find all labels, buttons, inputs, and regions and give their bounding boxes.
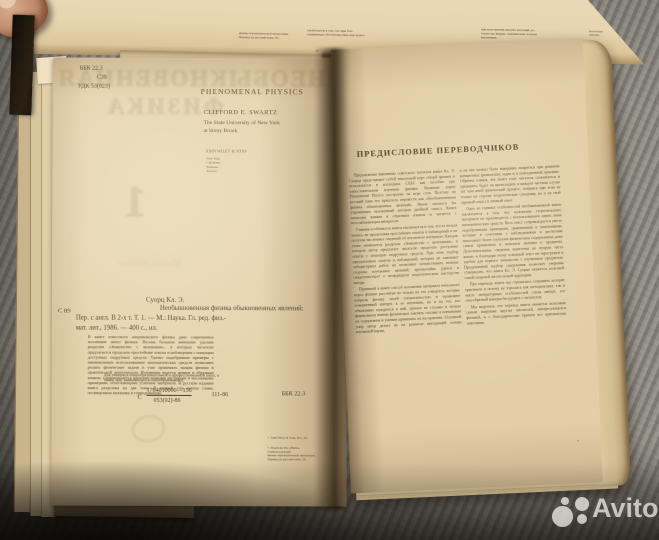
right-book: ПРЕДИСЛОВИЕ ПЕРЕВОДЧИКОВ Предлагаемая вн… <box>331 37 639 504</box>
left-page: НЕОБЫКНОВЕННАЯ ФИЗИКА 1 Москва «Наука» Б… <box>51 57 348 506</box>
preface-column-2: и на нее можно было наверняка опираться … <box>459 164 566 328</box>
gutter-shadow <box>314 48 350 510</box>
catalog-suffix: 111-86 <box>212 392 229 398</box>
ghost-imprint: Москва «Наука» <box>118 258 181 268</box>
bbk-right-code: ББК 22.3 <box>282 390 306 397</box>
affiliation-line: The State University of New York <box>204 120 280 126</box>
catalog-letter-code: С 89 <box>58 308 71 315</box>
preface-paragraph: Принятый в книге способ изложения матери… <box>354 283 462 335</box>
catalog-denominator: 053(02)-86 <box>154 398 181 404</box>
ghost-title-showthrough: ФИЗИКА <box>105 94 224 120</box>
author-sign-code: С39 <box>97 75 107 81</box>
photo-scene: физико-математической литературы. Перево… <box>0 0 659 540</box>
biblio-line: Необыкновенная физика обыкновенных явлен… <box>160 305 304 313</box>
catalog-numerator: 1704010000—156 <box>147 388 192 396</box>
avito-watermark: Avito <box>548 495 658 535</box>
avito-logo-dot <box>552 506 573 527</box>
right-page: ПРЕДИСЛОВИЕ ПЕРЕВОДЧИКОВ Предлагаемая вн… <box>331 39 603 494</box>
preface-paragraph: Одна из главных особенностей необыкновен… <box>461 202 564 281</box>
preface-paragraph: Главная особенность книги заключается в … <box>351 223 460 286</box>
preface-paragraph: и на нее можно было наверняка опираться … <box>459 164 561 206</box>
avito-logo-dot <box>577 514 587 524</box>
catalog-prefix: С <box>138 394 142 401</box>
author-english: CLIFFORD E. SWARTZ <box>204 109 278 116</box>
thumb-nail <box>0 0 18 11</box>
author-russian: Суорц Кл. Э. <box>146 296 184 304</box>
ghost-volume-numeral: 1 <box>124 176 146 227</box>
preface-heading: ПРЕДИСЛОВИЕ ПЕРЕВОДЧИКОВ <box>357 143 520 159</box>
biblio-line: мат. лит., 1986. — 400 с., ил. <box>76 325 158 332</box>
avito-logo-dot <box>575 497 589 511</box>
avito-label: Avito <box>592 493 659 524</box>
audience-note: Для учащихся общеобразовательной и профе… <box>104 373 224 383</box>
preface-column-1: Предлагаемая вниманию советского читател… <box>349 169 462 337</box>
title-english: PHENOMENAL PHYSICS <box>201 87 304 96</box>
bbk-code: ББК 22.3 <box>80 66 103 72</box>
biblio-line: Пер. с англ. В 2-х т. Т. 1. — М.: Наука.… <box>76 315 226 323</box>
book-cover-edge <box>9 15 34 116</box>
preface-paragraph: Мы надеемся, что перевод книги окажется … <box>466 301 567 327</box>
library-stamp-ghost <box>130 413 167 445</box>
preface-paragraph: Предлагаемая вниманию советского читател… <box>349 169 457 227</box>
left-book: НЕОБЫКНОВЕННАЯ ФИЗИКА 1 Москва «Наука» Б… <box>12 52 339 524</box>
preface-paragraph: При переводе книги мы стремились сохрани… <box>465 278 566 304</box>
udk-code: УДК 53(023) <box>78 84 110 90</box>
affiliation-line: at Stony Brook <box>204 128 238 134</box>
avito-logo-dot <box>561 497 569 505</box>
page-number: 7 <box>577 428 603 443</box>
